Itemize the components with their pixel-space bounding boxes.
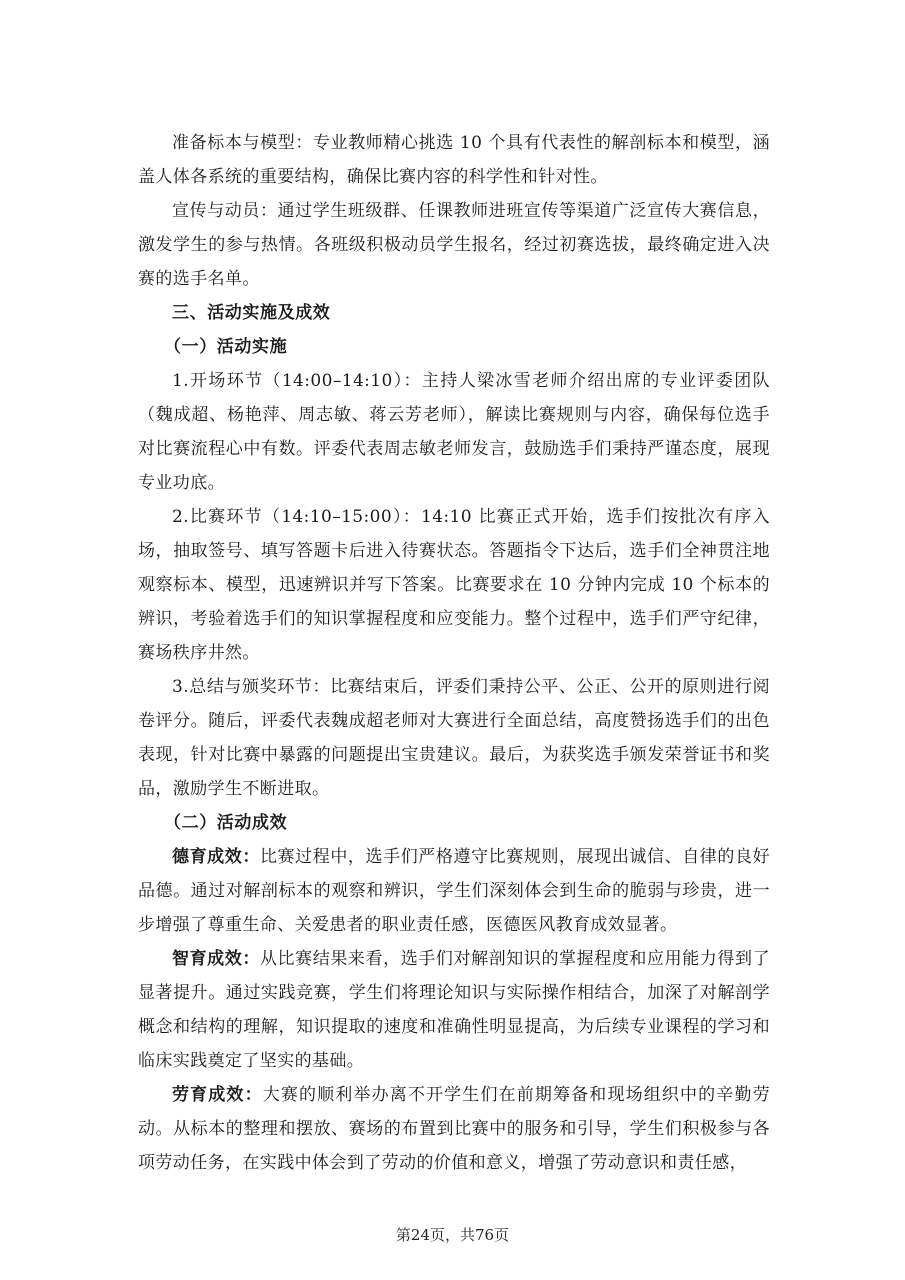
paragraph-intellectual-education: 智育成效：从比赛结果来看，选手们对解剖知识的掌握程度和应用能力得到了显著提升。通…	[138, 942, 770, 1078]
paragraph-text: 3.总结与颁奖环节：比赛结束后，评委们秉持公平、公正、公开的原则进行阅卷评分。随…	[138, 677, 770, 799]
paragraph-lead: 德育成效：	[172, 847, 260, 867]
paragraph-lead: 劳育成效：	[172, 1085, 263, 1105]
subsection-heading-results: （二）活动成效	[138, 806, 770, 840]
paragraph-prepare-specimens: 准备标本与模型：专业教师精心挑选 10 个具有代表性的解剖标本和模型，涵盖人体各…	[138, 126, 770, 194]
paragraph-opening: 1.开场环节（14:00–14:10）：主持人梁冰雪老师介绍出席的专业评委团队（…	[138, 364, 770, 500]
subsection-heading-implementation: （一）活动实施	[138, 330, 770, 364]
paragraph-publicity: 宣传与动员：通过学生班级群、任课教师进班宣传等渠道广泛宣传大赛信息，激发学生的参…	[138, 194, 770, 296]
page-number-footer: 第24页，共76页	[0, 1224, 905, 1245]
paragraph-text: 宣传与动员：通过学生班级群、任课教师进班宣传等渠道广泛宣传大赛信息，激发学生的参…	[138, 201, 770, 289]
document-page: 准备标本与模型：专业教师精心挑选 10 个具有代表性的解剖标本和模型，涵盖人体各…	[138, 126, 770, 1180]
paragraph-text: 1.开场环节（14:00–14:10）：主持人梁冰雪老师介绍出席的专业评委团队（…	[138, 371, 770, 493]
paragraph-text: 准备标本与模型：专业教师精心挑选 10 个具有代表性的解剖标本和模型，涵盖人体各…	[138, 133, 770, 187]
paragraph-competition: 2.比赛环节（14:10–15:00）：14:10 比赛正式开始，选手们按批次有…	[138, 500, 770, 670]
paragraph-labor-education: 劳育成效：大赛的顺利举办离不开学生们在前期筹备和现场组织中的辛勤劳动。从标本的整…	[138, 1078, 770, 1180]
section-heading-implementation-results: 三、活动实施及成效	[138, 296, 770, 330]
paragraph-summary-awards: 3.总结与颁奖环节：比赛结束后，评委们秉持公平、公正、公开的原则进行阅卷评分。随…	[138, 670, 770, 806]
paragraph-text: 2.比赛环节（14:10–15:00）：14:10 比赛正式开始，选手们按批次有…	[138, 507, 770, 663]
paragraph-moral-education: 德育成效：比赛过程中，选手们严格遵守比赛规则，展现出诚信、自律的良好品德。通过对…	[138, 840, 770, 942]
paragraph-lead: 智育成效：	[172, 949, 260, 969]
